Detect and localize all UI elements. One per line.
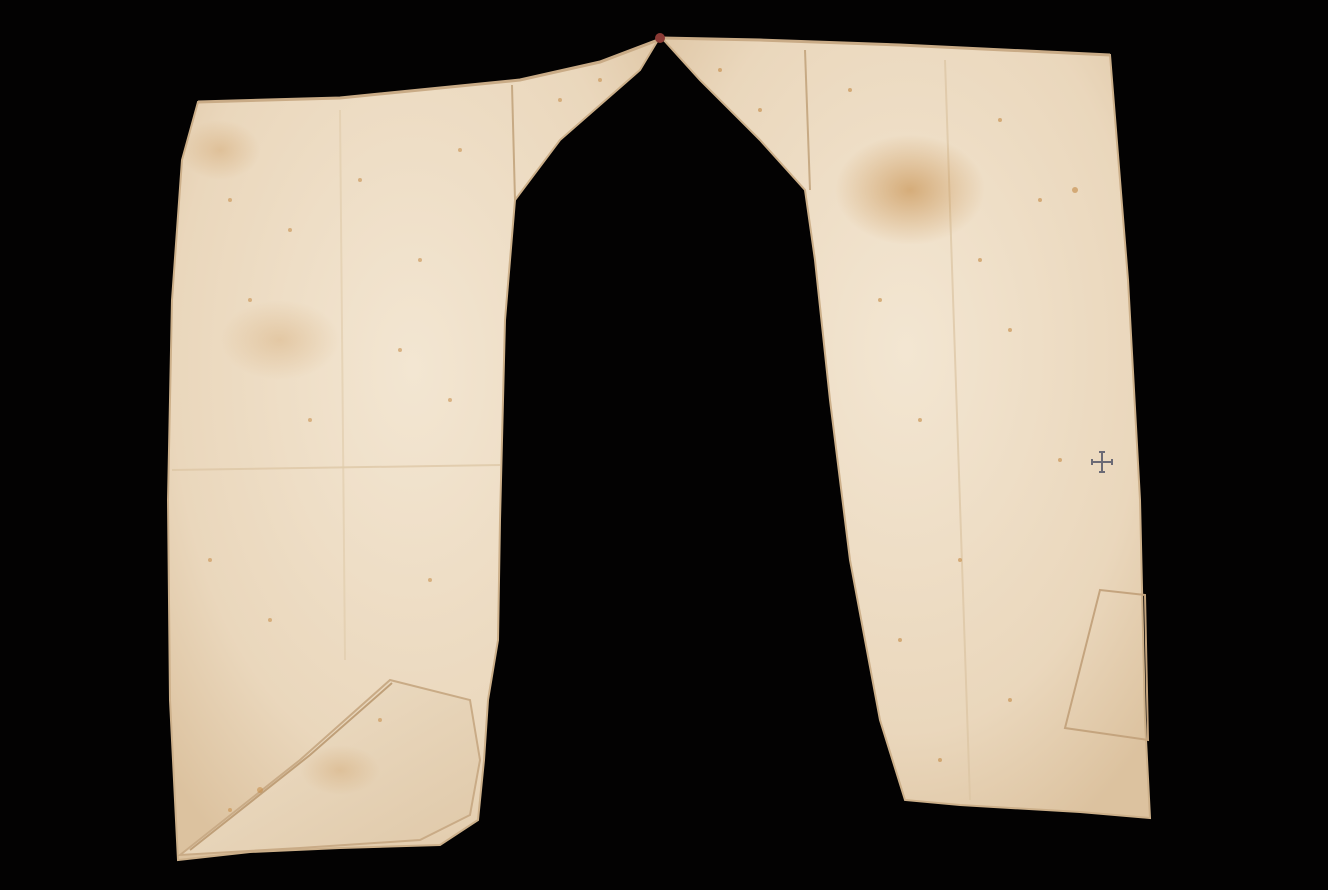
garment-illustration — [0, 0, 1328, 890]
rust-stain — [835, 135, 985, 245]
left-leg — [168, 40, 658, 860]
waist-knot — [655, 33, 665, 43]
right-leg — [662, 38, 1150, 818]
photograph — [0, 0, 1328, 890]
